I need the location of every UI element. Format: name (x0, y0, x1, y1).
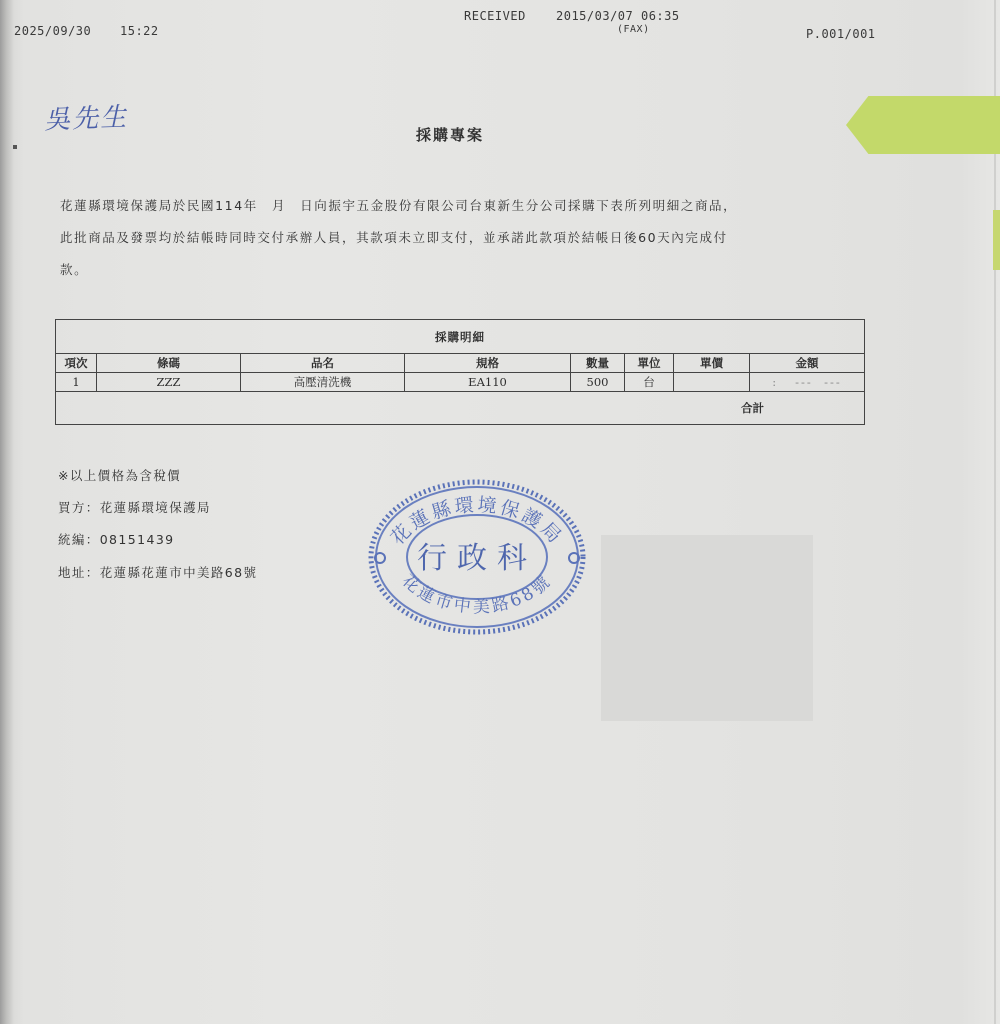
cell-barcode: ZZZ (97, 373, 241, 392)
cell-item-no: 1 (56, 373, 97, 392)
fax-received-datetime: 2015/03/07 06:35 (556, 9, 680, 23)
paragraph-line-2: 此批商品及發票均於結帳時同時交付承辦人員，其款項未立即支付，並承諾此款項於結帳日… (60, 228, 728, 246)
fax-received-label: RECEIVED (464, 9, 526, 23)
official-seal-stamp: 花蓮縣環境保護局 花蓮市中美路68號 行政科 (366, 478, 588, 636)
buyer-line: 買方：花蓮縣環境保護局 (58, 498, 211, 516)
stamp-outer-bottom-text: 花蓮市中美路68號 (398, 571, 556, 618)
redacted-region (601, 535, 813, 721)
fax-label: (FAX) (617, 24, 650, 35)
purchase-detail-table: 採購明細 項次 條碼 品名 規格 數量 單位 單價 金額 1 ZZZ 高壓清洗機… (55, 319, 865, 425)
table-caption: 採購明細 (56, 320, 865, 354)
col-header-barcode: 條碼 (97, 354, 241, 373)
paragraph-line-3: 款。 (60, 260, 88, 278)
amount-faded-marks: : ‐‐‐ ‐‐‐ (772, 375, 841, 389)
handwritten-note: 吳先生 (43, 97, 128, 137)
paragraph-line-1: 花蓮縣環境保護局於民國114年 月 日向振宇五金股份有限公司台東新生分公司採購下… (60, 196, 737, 214)
cell-spec: EA110 (405, 373, 571, 392)
fax-page: 2025/09/30 15:22 RECEIVED 2015/03/07 06:… (0, 0, 1000, 1024)
fax-page-number: P.001/001 (806, 27, 876, 41)
cell-amount: : ‐‐‐ ‐‐‐ (750, 373, 865, 392)
fax-sent-date: 2025/09/30 (14, 24, 91, 38)
document-title: 採購專案 (416, 124, 484, 145)
col-header-spec: 規格 (405, 354, 571, 373)
table-header-row: 項次 條碼 品名 規格 數量 單位 單價 金額 (56, 354, 865, 373)
tax-note: ※以上價格為含稅價 (58, 466, 181, 484)
stamp-center-text: 行政科 (417, 541, 537, 576)
col-header-unit: 單位 (625, 354, 674, 373)
col-header-product-name: 品名 (241, 354, 405, 373)
col-header-item-no: 項次 (56, 354, 97, 373)
sticky-tab-flag (846, 96, 1000, 154)
total-row: 合計 (56, 392, 865, 425)
col-header-quantity: 數量 (571, 354, 625, 373)
sticky-tab-edge (993, 210, 1000, 270)
punch-mark (13, 145, 17, 149)
table-row: 1 ZZZ 高壓清洗機 EA110 500 台 : ‐‐‐ ‐‐‐ (56, 373, 865, 392)
tax-id-line: 統編：08151439 (58, 530, 175, 548)
cell-quantity: 500 (571, 373, 625, 392)
col-header-unit-price: 單價 (674, 354, 750, 373)
cell-product-name: 高壓清洗機 (241, 373, 405, 392)
col-header-amount: 金額 (750, 354, 865, 373)
fax-sent-time: 15:22 (120, 24, 159, 38)
cell-unit: 台 (625, 373, 674, 392)
address-line: 地址：花蓮縣花蓮市中美路68號 (58, 563, 257, 581)
cell-unit-price (674, 373, 750, 392)
